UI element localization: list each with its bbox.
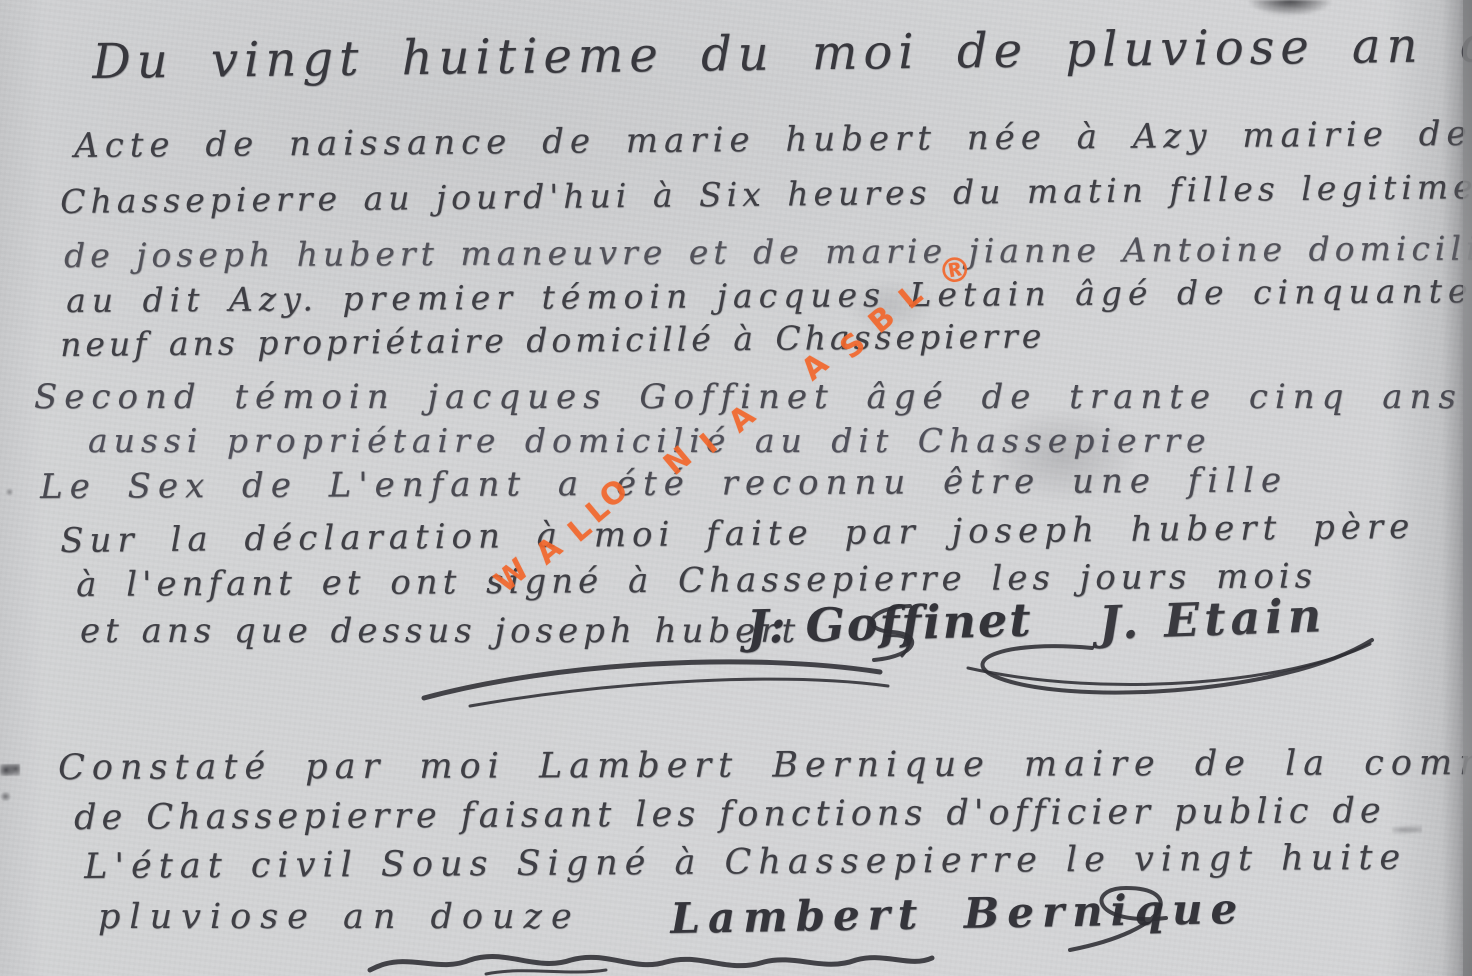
- closing-line-4: pluviose an douze: [98, 897, 581, 937]
- act-line-4: de joseph hubert maneuvre et de marie ji…: [64, 228, 1472, 275]
- act-line-12: et ans que dessus joseph hubert: [80, 611, 800, 651]
- ink-stain: [985, 408, 1140, 503]
- etain-paraph: [952, 618, 1382, 710]
- act-line-1: Du vingt huitieme du moi de pluviose an …: [92, 15, 1472, 90]
- bernique-flourish: [1062, 878, 1192, 962]
- margin-ink-speck: [1392, 824, 1422, 836]
- closing-line-3: L'état civil Sous Signé à Chassepierre l…: [84, 838, 1407, 887]
- closing-line-2: de Chassepierre faisant les fonctions d'…: [74, 791, 1386, 838]
- page-top-edge-mark: [1248, 0, 1332, 16]
- margin-ink-speck: [4, 488, 15, 496]
- watermark-letter: ®: [935, 248, 975, 293]
- act-line-2: Acte de naissance de marie hubert née à …: [74, 114, 1472, 166]
- document-scan: Du vingt huitieme du moi de pluviose an …: [0, 0, 1472, 976]
- act-line-10: Sur la déclaration à moi faite par josep…: [60, 507, 1415, 561]
- margin-ink-speck: [0, 764, 20, 776]
- closing-line-1: Constaté par moi Lambert Bernique maire …: [58, 743, 1472, 788]
- goffinet-underline-flourish: [418, 646, 898, 710]
- page-right-edge-strip: [1463, 0, 1472, 976]
- next-entry-cropped-writing: [366, 948, 936, 976]
- margin-ink-speck: [0, 792, 14, 801]
- act-line-5: au dit Azy. premier témoin jacques Letai…: [66, 271, 1472, 320]
- act-line-3: Chassepierre au jourd'hui à Six heures d…: [60, 167, 1472, 221]
